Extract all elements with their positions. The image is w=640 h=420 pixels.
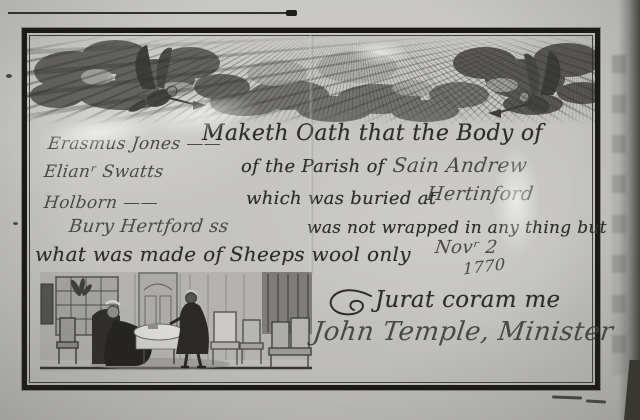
paper-speck bbox=[13, 222, 18, 225]
minister-signature: John Temple, Minister bbox=[311, 317, 615, 347]
printed-buried-line: which was buried at bbox=[246, 188, 436, 209]
printed-wool-line: what was made of Sheeps wool only bbox=[35, 242, 411, 266]
photo-of-document: Erasmus Jones —— Elianʳ Swatts Holborn —… bbox=[0, 0, 640, 420]
picture-frame-engraving bbox=[41, 284, 53, 324]
printed-wrapped-line: was not wrapped in any thing but bbox=[307, 218, 607, 238]
deponent-name-1: Erasmus Jones —— bbox=[47, 134, 223, 154]
printed-jurat-line: Jurat coram me bbox=[375, 287, 560, 313]
paper-edge-shadow bbox=[618, 0, 640, 420]
handwritten-buried-at: Hertinford bbox=[426, 183, 535, 205]
paper-speck bbox=[6, 74, 12, 78]
printed-oath-line: Maketh Oath that the Body of bbox=[202, 121, 543, 146]
paper-top-rule-blob bbox=[286, 10, 297, 16]
deponent-name-2: Elianʳ Swatts bbox=[43, 162, 165, 182]
deponent-name-3: Holborn —— bbox=[43, 193, 160, 213]
handwritten-date: Novʳ 2 bbox=[434, 237, 499, 258]
paper-ink-dash bbox=[552, 395, 582, 399]
paper-crease bbox=[310, 34, 313, 274]
paper-top-rule bbox=[8, 12, 292, 14]
interior-scene-engraving bbox=[40, 272, 312, 385]
handwritten-year: 1770 bbox=[463, 254, 506, 278]
handwritten-parish: Sain Andrew bbox=[392, 153, 529, 177]
paper-ink-dash bbox=[586, 399, 606, 403]
handwritten-place: Bury Hertford ss bbox=[68, 216, 230, 237]
